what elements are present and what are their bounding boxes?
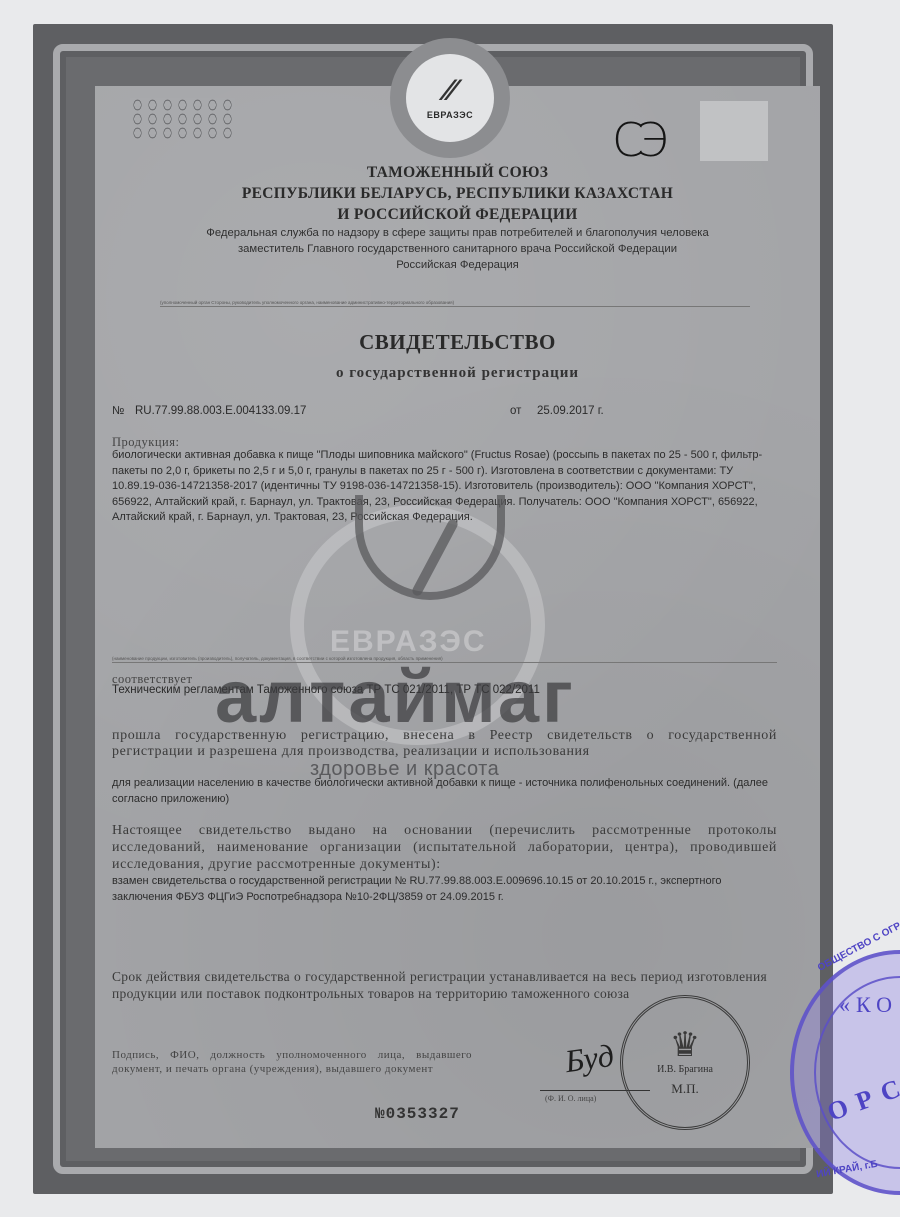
eurasec-emblem: ⁄⁄ ЕВРАЗЭС [390, 38, 510, 158]
fio-caption: (Ф. И. О. лица) [545, 1094, 596, 1103]
guilloche-pattern [130, 98, 235, 140]
certificate-number: RU.77.99.88.003.Е.004133.09.17 [135, 405, 306, 417]
agency-caption: (уполномоченный орган Стороны, руководит… [160, 300, 750, 307]
agency-line1: Федеральная служба по надзору в сфере за… [95, 225, 820, 241]
hologram-area [700, 101, 768, 161]
basis-detail: взамен свидетельства о государственной р… [112, 874, 777, 905]
stamp-big-text: «КО [839, 992, 898, 1018]
issuer-header: ТАМОЖЕННЫЙ СОЮЗ РЕСПУБЛИКИ БЕЛАРУСЬ, РЕС… [95, 162, 820, 273]
seal-mark: М.П. [671, 1081, 698, 1097]
number-label: № [112, 405, 124, 417]
signature-caption: Подпись, ФИО, должность уполномоченного … [112, 1048, 472, 1076]
certificate-date: 25.09.2017 г. [537, 405, 604, 417]
stamp-bottom-text: ИЙ КРАЙ, г.Б [816, 1159, 879, 1181]
government-seal: ♛ И.В. Брагина М.П. [620, 995, 750, 1130]
date-label: от [510, 405, 521, 417]
agency-line2: заместитель Главного государственного са… [95, 241, 820, 257]
certificate-title: СВИДЕТЕЛЬСТВО [95, 330, 820, 355]
basis-text: Настоящее свидетельство выдано на основа… [112, 822, 777, 873]
watermark-tagline: здоровье и красота [310, 758, 499, 781]
certificate-subtitle: о государственной регистрации [95, 365, 820, 382]
union-line2: РЕСПУБЛИКИ БЕЛАРУСЬ, РЕСПУБЛИКИ КАЗАХСТА… [95, 183, 820, 204]
agency-line3: Российская Федерация [95, 257, 820, 273]
emblem-text: ЕВРАЗЭС [427, 110, 473, 120]
watermark-brand: алтаймаг [215, 660, 576, 734]
watermark-seal-text: ЕВРАЗЭС [330, 625, 487, 659]
cert-mark-icon: СЭ [612, 113, 660, 167]
emblem-icon: ⁄⁄ [445, 76, 455, 106]
signature: Буд [563, 1037, 616, 1080]
union-line1: ТАМОЖЕННЫЙ СОЮЗ [95, 162, 820, 183]
signer-name: И.В. Брагина [657, 1064, 713, 1075]
union-line3: И РОССИЙСКОЙ ФЕДЕРАЦИИ [95, 204, 820, 225]
form-number: №0353327 [375, 1105, 460, 1123]
eagle-emblem-icon: ♛ [670, 1028, 700, 1062]
